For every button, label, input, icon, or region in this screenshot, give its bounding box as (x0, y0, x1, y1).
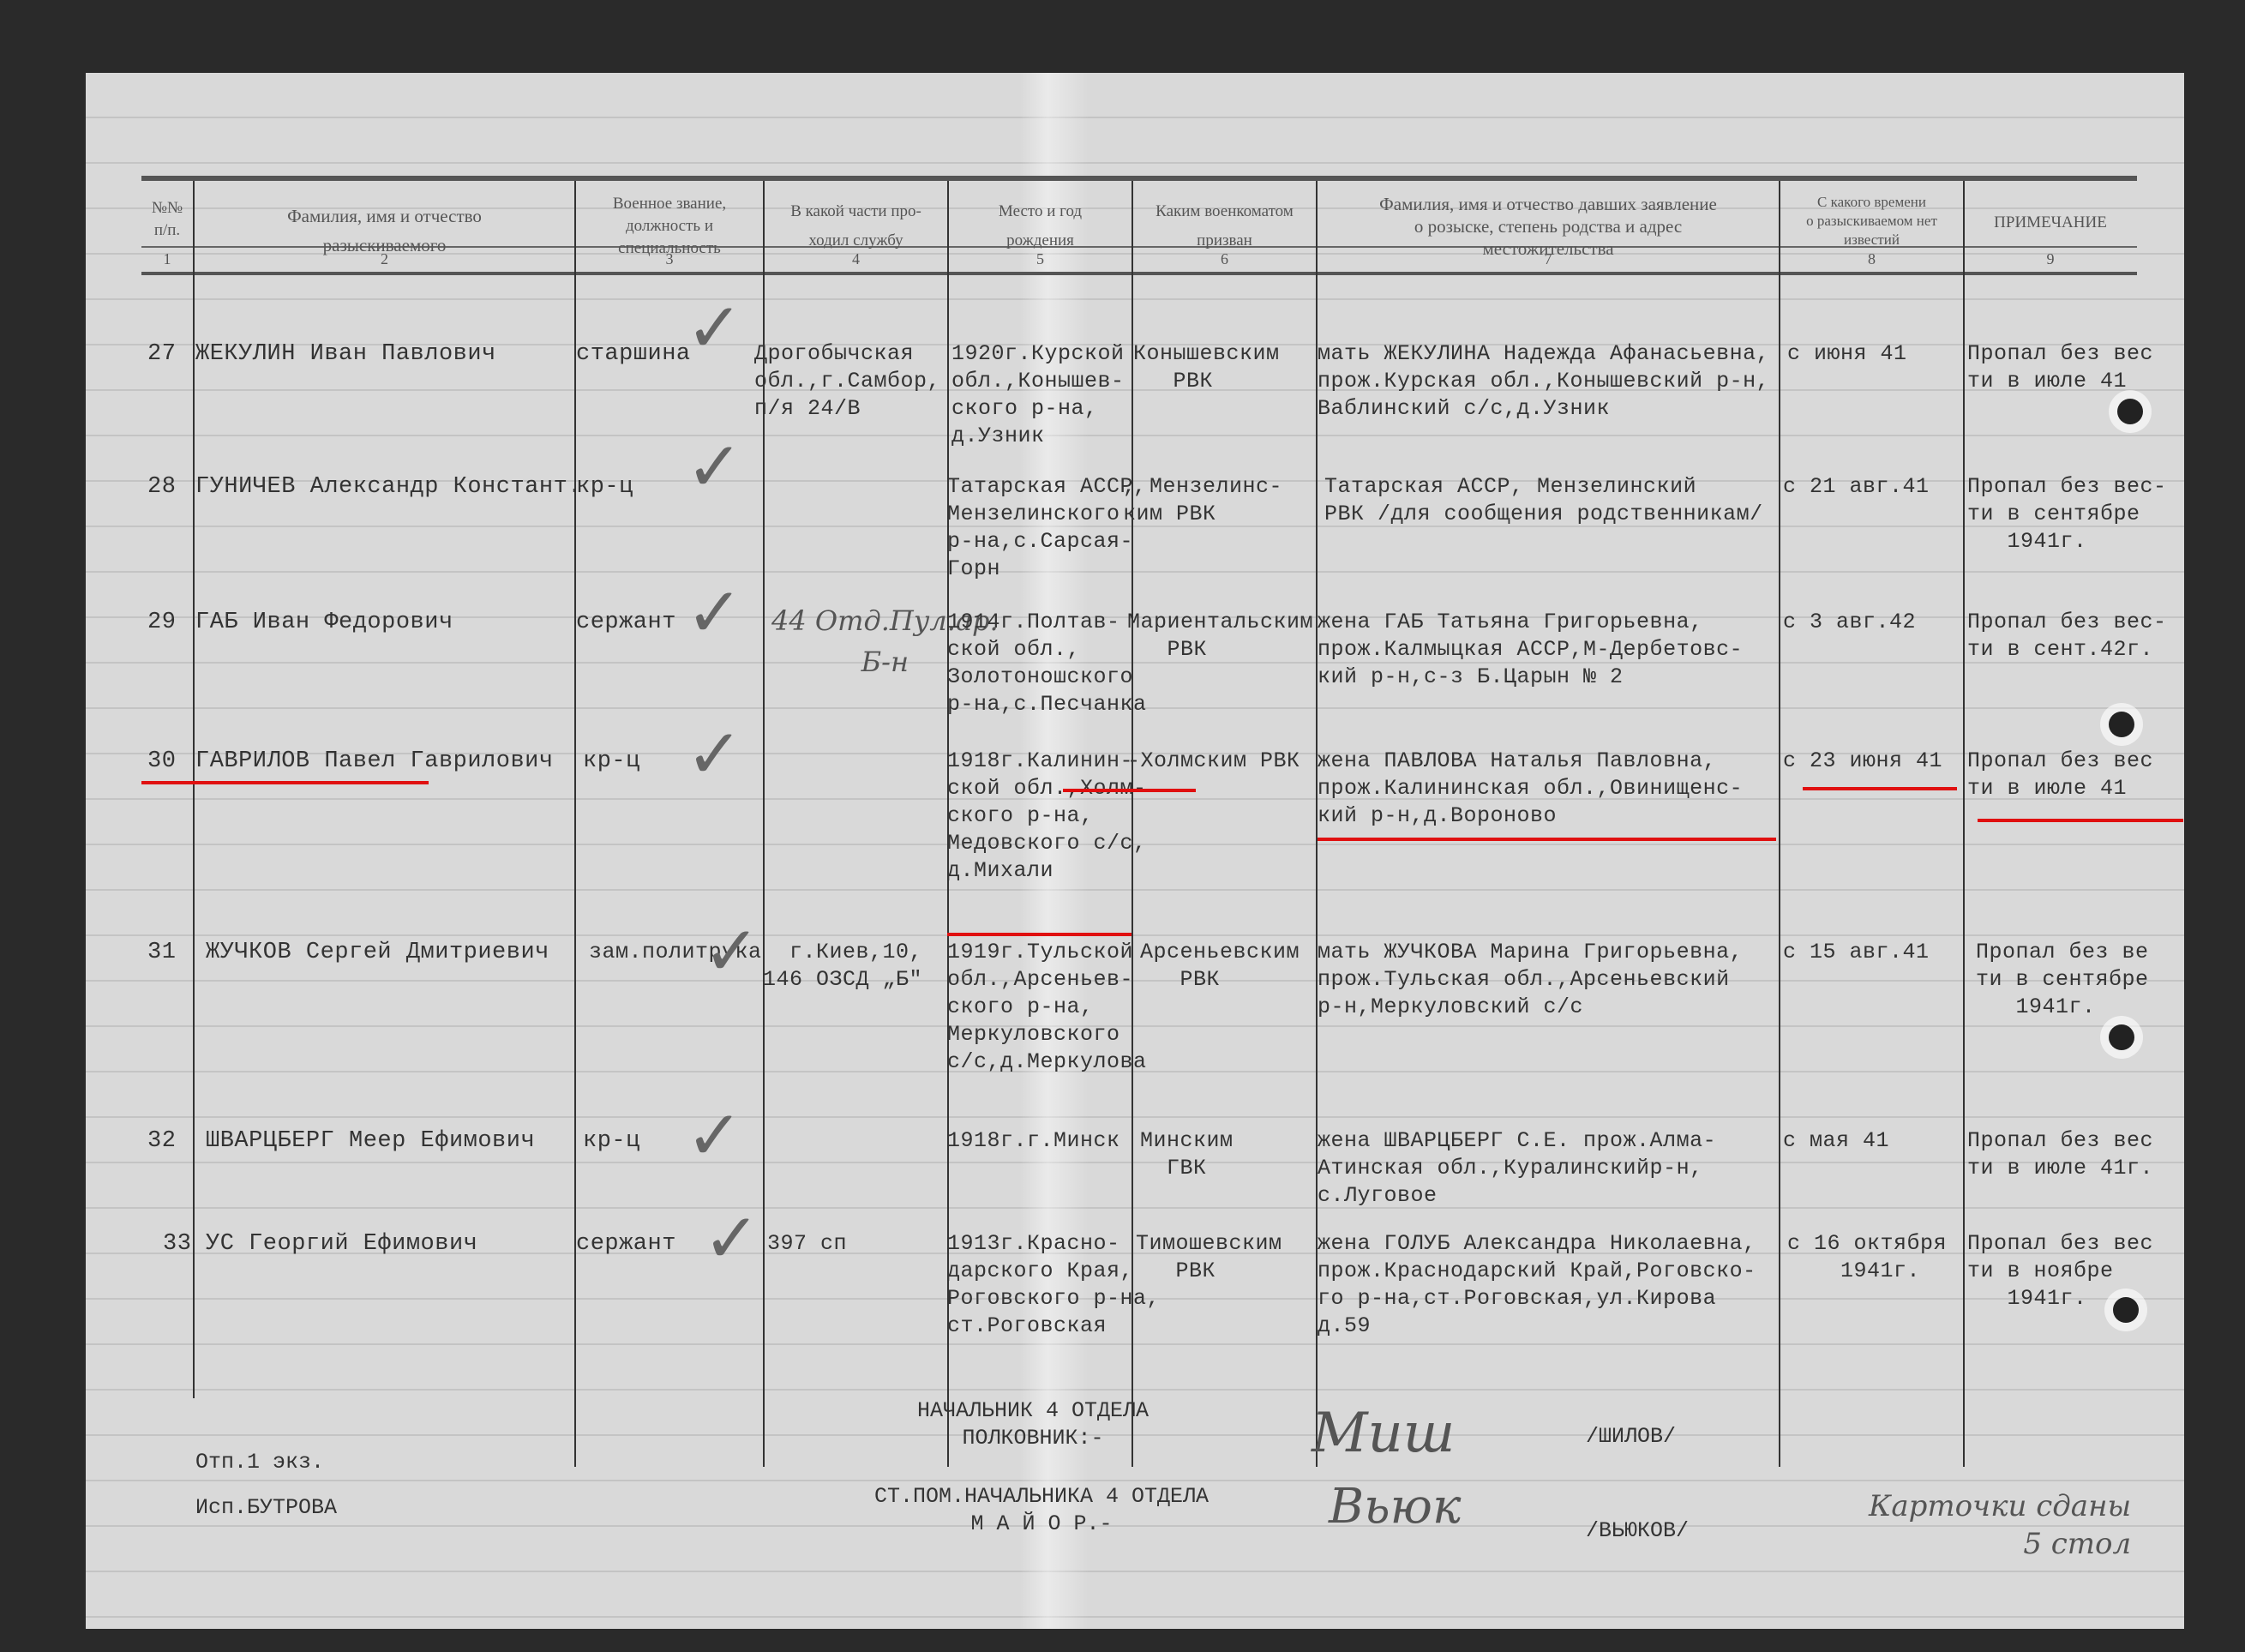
birth-place: 1918г.г.Минск (947, 1127, 1120, 1155)
executor: Исп.БУТРОВА (195, 1494, 337, 1522)
punch-hole (2109, 712, 2134, 737)
missing-person-name: ЖЕКУЛИН Иван Павлович (195, 340, 496, 368)
col-num-5: 5 (949, 250, 1132, 268)
header-col-unit: В какой части про- ходил службу (765, 197, 947, 255)
red-underline-name (141, 781, 429, 784)
applicant: Татарская АССР, Мензелинский РВК /для со… (1324, 473, 1763, 528)
missing-since: с 21 авг.41 (1783, 473, 1930, 501)
deputy-title: СТ.ПОМ.НАЧАЛЬНИКА 4 ОТДЕЛА М А Й О Р.- (849, 1483, 1234, 1538)
header-col-birth: Место и год рождения (949, 197, 1132, 255)
col-num-4: 4 (765, 250, 947, 268)
header-col-note: ПРИМЕЧАНИЕ (1965, 212, 2136, 234)
col-line (1779, 181, 1780, 1467)
missing-since: с 23 июня 41 (1783, 748, 1942, 775)
applicant: мать ЖЕКУЛИНА Надежда Афанасьевна, прож.… (1318, 340, 1769, 423)
missing-since: с 16 октября 1941г. (1787, 1230, 1947, 1285)
col-line (574, 181, 576, 1467)
red-underline-applicant (1318, 838, 1776, 841)
checkmark-icon: ✓ (686, 433, 743, 502)
missing-since: с 3 авг.42 (1783, 609, 1916, 636)
red-underline-draft (1063, 789, 1196, 792)
missing-person-name: ГУНИЧЕВ Александр Констант. (195, 473, 582, 501)
red-underline-note (1978, 819, 2183, 822)
note: Пропал без вес- ти в сентябре 1941г. (1967, 473, 2167, 556)
col-num-9: 9 (1965, 250, 2136, 268)
checkmark-icon: ✓ (703, 1204, 760, 1273)
punch-hole (2109, 1024, 2134, 1050)
applicant: жена ПАВЛОВА Наталья Павловна, прож.Кали… (1318, 748, 1743, 830)
draft-office: Минским ГВК (1140, 1127, 1234, 1182)
col-num-1: 1 (141, 250, 193, 268)
chief-name: /ШИЛОВ/ (1586, 1423, 1676, 1451)
deputy-name: /ВЬЮКОВ/ (1586, 1517, 1689, 1545)
col-num-6: 6 (1133, 250, 1316, 268)
checkmark-icon: ✓ (686, 579, 743, 647)
draft-office: , Мензелинс- ким РВК (1123, 473, 1282, 528)
col-line (1963, 181, 1965, 1467)
rank: сержант (576, 1230, 676, 1258)
birth-place: 1920г.Курской обл.,Конышев- ского р-на, … (951, 340, 1125, 450)
rank: старшина (576, 340, 691, 368)
missing-since: с июня 41 (1787, 340, 1907, 368)
header-col-draft: Каким военкоматом призван (1133, 197, 1316, 255)
missing-since: с мая 41 (1783, 1127, 1889, 1155)
col-line (193, 181, 195, 1398)
signature-vyukov: Вьюк (1329, 1479, 1461, 1535)
draft-office: -Холмским РВК (1127, 748, 1300, 775)
handwritten-note: Карточки сданы 5 стол (1869, 1487, 2131, 1563)
note: Пропал без вес ти в июле 41г. (1967, 1127, 2153, 1182)
applicant: мать ЖУЧКОВА Марина Григорьевна, прож.Ту… (1318, 939, 1743, 1021)
col-num-3: 3 (576, 250, 763, 268)
document-page: №№ п/п. Фамилия, имя и отчество разыскив… (86, 73, 2184, 1629)
applicant: жена ГОЛУБ Александра Николаевна, прож.К… (1318, 1230, 1756, 1340)
birth-place: 1913г.Красно- дарского Края, Роговского … (947, 1230, 1160, 1340)
unit: 397 сп (767, 1230, 847, 1258)
rank: кр-ц (576, 473, 633, 501)
rank: сержант (576, 609, 676, 636)
draft-office: Конышевским РВК (1133, 340, 1280, 395)
applicant: жена ШВАРЦБЕРГ С.Е. прож.Алма- Атинская … (1318, 1127, 1716, 1210)
missing-person-name: УС Георгий Ефимович (206, 1230, 477, 1258)
missing-person-name: ЖУЧКОВ Сергей Дмитриевич (206, 939, 549, 966)
draft-office: Мариентальским РВК (1127, 609, 1313, 664)
unit: Дрогобычская обл.,г.Самбор, п/я 24/В (754, 340, 940, 423)
draft-office: Тимошевским РВК (1136, 1230, 1282, 1285)
col-num-8: 8 (1780, 250, 1963, 268)
missing-person-name: ГАБ Иван Федорович (195, 609, 453, 636)
punch-hole (2113, 1297, 2139, 1323)
col-num-7: 7 (1318, 250, 1779, 268)
signature-shilov: Миш (1312, 1402, 1455, 1465)
row-number: 30 (147, 748, 176, 775)
rank: кр-ц (583, 1127, 640, 1155)
note: Пропал без вес ти в июле 41 (1967, 340, 2153, 395)
rank: кр-ц (583, 748, 640, 775)
row-number: 27 (147, 340, 176, 368)
missing-person-name: ШВАРЦБЕРГ Меер Ефимович (206, 1127, 535, 1155)
row-number: 32 (147, 1127, 176, 1155)
punch-hole (2117, 399, 2143, 424)
birth-place: Татарская АССР, Мензелинского р-на,с.Сар… (947, 473, 1147, 583)
missing-since: с 15 авг.41 (1783, 939, 1930, 966)
red-underline-since (1803, 787, 1957, 790)
applicant: жена ГАБ Татьяна Григорьевна, прож.Калмы… (1318, 609, 1743, 691)
chief-title: НАЧАЛЬНИК 4 ОТДЕЛА ПОЛКОВНИК:- (840, 1397, 1226, 1452)
row-number: 29 (147, 609, 176, 636)
checkmark-icon: ✓ (686, 720, 743, 789)
birth-place: 1919г.Тульской обл.,Арсеньев- ского р-на… (947, 939, 1147, 1076)
checkmark-icon: ✓ (686, 1102, 743, 1170)
note: Пропал без вес ти в июле 41 (1967, 748, 2153, 802)
header-col-since: С какого времени о разыскиваемом нет изв… (1780, 193, 1963, 249)
row-number: 28 (147, 473, 176, 501)
copies-note: Отп.1 экз. (195, 1449, 324, 1476)
unit: г.Киев,10, 146 ОЗСД „Б" (763, 939, 922, 994)
note: Пропал без вес- ти в сент.42г. (1967, 609, 2167, 664)
birth-place: 1914г.Полтав- ской обл., Золотоношского … (947, 609, 1147, 718)
row-number: 33 (163, 1230, 191, 1258)
red-underline-birth (947, 933, 1132, 936)
missing-person-name: ГАВРИЛОВ Павел Гаврилович (195, 748, 554, 775)
row-number: 31 (147, 939, 176, 966)
checkmark-icon: ✓ (686, 294, 743, 363)
note: Пропал без ве ти в сентябре 1941г. (1976, 939, 2149, 1021)
header-top-rule (141, 176, 2137, 181)
header-bottom-rule (141, 272, 2137, 275)
draft-office: Арсеньевским РВК (1140, 939, 1300, 994)
checkmark-icon: ✓ (703, 917, 760, 986)
header-col-number: №№ п/п. (141, 197, 193, 242)
birth-place: 1918г.Калинин- ской обл.,Холм- ского р-н… (947, 748, 1147, 885)
col-num-2: 2 (195, 250, 574, 268)
